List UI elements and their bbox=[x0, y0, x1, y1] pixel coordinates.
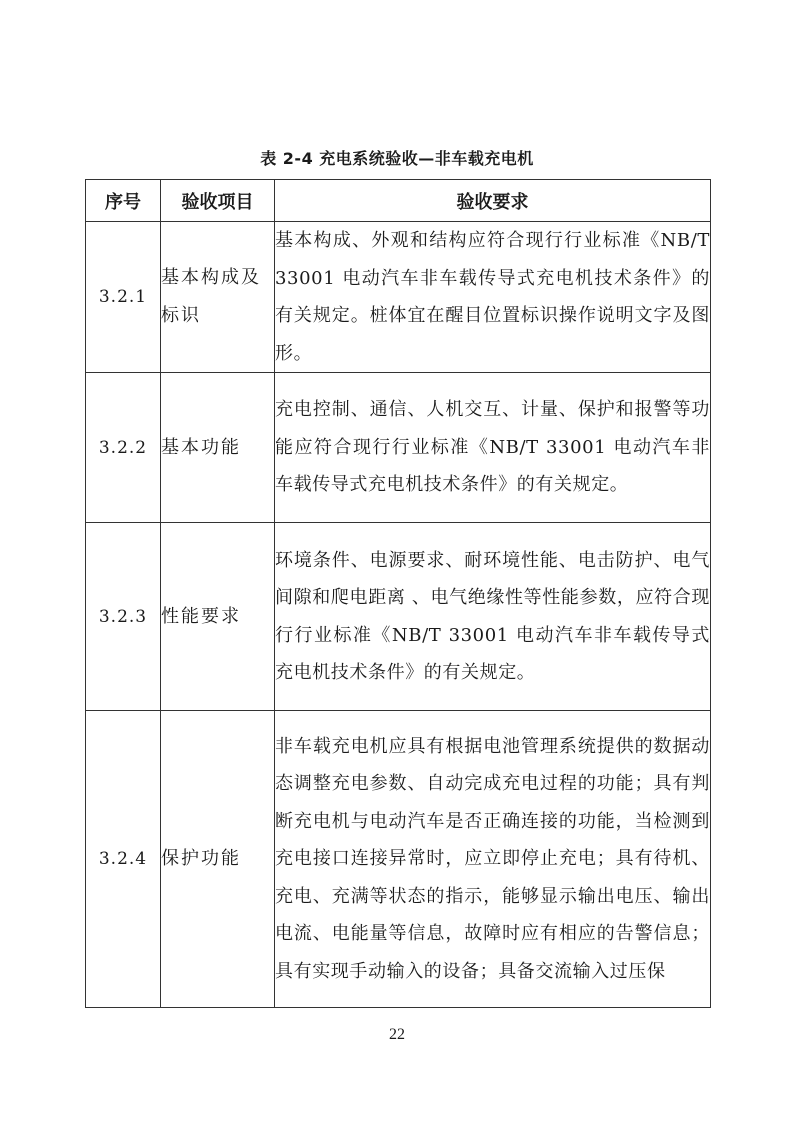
table-row: 3.2.2 基本功能 充电控制、通信、人机交互、计量、保护和报警等功能应符合现行… bbox=[86, 373, 711, 523]
row-requirement: 充电控制、通信、人机交互、计量、保护和报警等功能应符合现行行业标准《NB/T 3… bbox=[275, 373, 711, 523]
row-number: 3.2.3 bbox=[86, 523, 161, 711]
row-number: 3.2.4 bbox=[86, 711, 161, 1008]
row-number: 3.2.1 bbox=[86, 222, 161, 373]
row-item: 基本构成及标识 bbox=[161, 222, 275, 373]
row-item: 保护功能 bbox=[161, 711, 275, 1008]
table-row: 3.2.4 保护功能 非车载充电机应具有根据电池管理系统提供的数据动态调整充电参… bbox=[86, 711, 711, 1008]
row-requirement: 非车载充电机应具有根据电池管理系统提供的数据动态调整充电参数、自动完成充电过程的… bbox=[275, 711, 711, 1008]
table-row: 3.2.3 性能要求 环境条件、电源要求、耐环境性能、电击防护、电气间隙和爬电距… bbox=[86, 523, 711, 711]
header-number: 序号 bbox=[86, 180, 161, 222]
row-requirement: 环境条件、电源要求、耐环境性能、电击防护、电气间隙和爬电距离 、电气绝缘性等性能… bbox=[275, 523, 711, 711]
table-header-row: 序号 验收项目 验收要求 bbox=[86, 180, 711, 222]
table-caption: 表 2-4 充电系统验收—非车载充电机 bbox=[0, 146, 794, 169]
header-item: 验收项目 bbox=[161, 180, 275, 222]
row-number: 3.2.2 bbox=[86, 373, 161, 523]
page-number: 22 bbox=[0, 1026, 794, 1044]
row-item: 基本功能 bbox=[161, 373, 275, 523]
header-requirement: 验收要求 bbox=[275, 180, 711, 222]
row-requirement: 基本构成、外观和结构应符合现行行业标准《NB/T 33001 电动汽车非车载传导… bbox=[275, 222, 711, 373]
row-item: 性能要求 bbox=[161, 523, 275, 711]
table-row: 3.2.1 基本构成及标识 基本构成、外观和结构应符合现行行业标准《NB/T 3… bbox=[86, 222, 711, 373]
acceptance-table: 序号 验收项目 验收要求 3.2.1 基本构成及标识 基本构成、外观和结构应符合… bbox=[85, 179, 711, 1008]
